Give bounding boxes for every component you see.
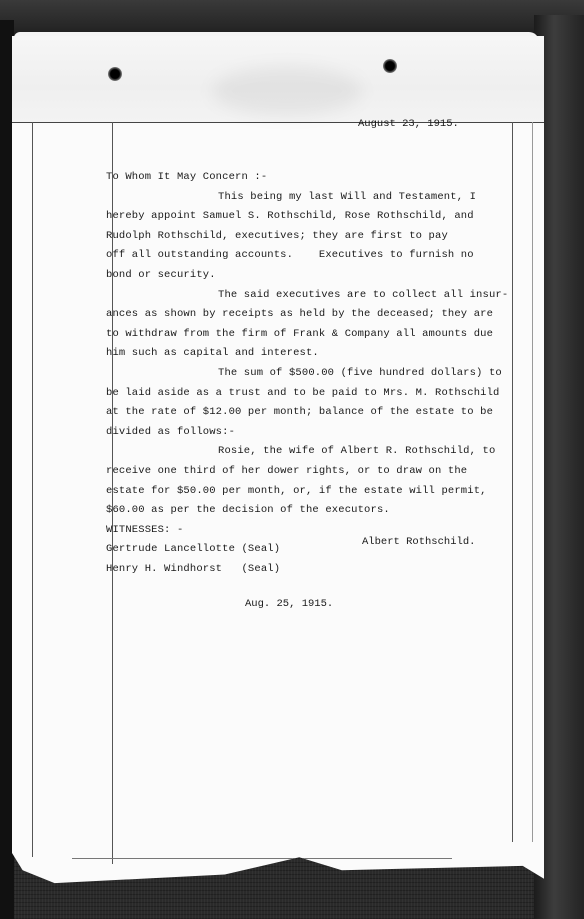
body-line: estate for $50.00 per month, or, if the … <box>106 482 526 502</box>
paper-smudge <box>212 66 362 116</box>
body-line: The said executives are to collect all i… <box>106 286 526 306</box>
body-line: divided as follows:- <box>106 423 526 443</box>
testator-signature: Albert Rothschild. <box>362 536 475 548</box>
margin-rule-outer-left <box>32 122 33 857</box>
punch-hole-icon <box>383 59 397 73</box>
bottom-rule <box>72 858 452 859</box>
body-line: $60.00 as per the decision of the execut… <box>106 501 526 521</box>
body-line: receive one third of her dower rights, o… <box>106 462 526 482</box>
body-line: The sum of $500.00 (five hundred dollars… <box>106 364 526 384</box>
body-line: This being my last Will and Testament, I <box>106 188 526 208</box>
body-line: Rudolph Rothschild, executives; they are… <box>106 227 526 247</box>
document-date: August 23, 1915. <box>358 118 459 130</box>
punch-hole-icon <box>108 67 122 81</box>
body-line: him such as capital and interest. <box>106 344 526 364</box>
body-line: ances as shown by receipts as held by th… <box>106 305 526 325</box>
witness-signature: Henry H. Windhorst (Seal) <box>106 560 526 580</box>
body-line: be laid aside as a trust and to be paid … <box>106 384 526 404</box>
body-line: to withdraw from the firm of Frank & Com… <box>106 325 526 345</box>
body-line: bond or security. <box>106 266 526 286</box>
body-line: hereby appoint Samuel S. Rothschild, Ros… <box>106 207 526 227</box>
salutation: To Whom It May Concern :- <box>106 168 526 188</box>
binder-cover-left <box>0 20 14 919</box>
body-line: off all outstanding accounts. Executives… <box>106 246 526 266</box>
margin-rule-outer-right <box>532 122 533 842</box>
body-line: at the rate of $12.00 per month; balance… <box>106 403 526 423</box>
body-line: Rosie, the wife of Albert R. Rothschild,… <box>106 442 526 462</box>
document-body: To Whom It May Concern :- This being my … <box>106 168 526 579</box>
signature-date: Aug. 25, 1915. <box>245 598 333 610</box>
